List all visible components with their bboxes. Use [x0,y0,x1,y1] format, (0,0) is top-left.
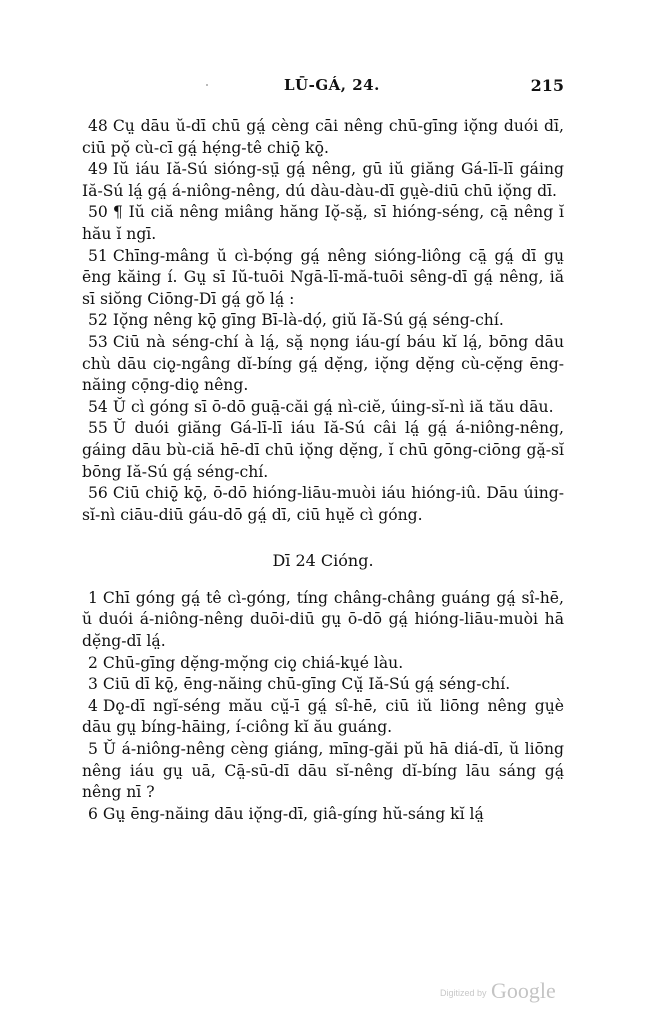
verses-chapter-24: 1Chī góng gá̤ tê cì-góng, tíng châng-châ… [82,588,564,826]
verse-text: Iǫ̆ng nêng kǭ̤ gīng Bī-là-dọ́, giŭ Iă-Sú… [113,311,504,329]
verse-number: 6 [88,805,98,823]
verse: 50¶ Iŭ ciă nêng miâng hăng Iǫ̆-să̤, sī h… [82,202,564,245]
chapter-heading: Dī 24 Cióng. [82,550,564,572]
verse-text: Ciū nà séng-chí à lá̤, să̤ nọng iáu-gí b… [82,333,564,394]
verse-number: 5 [88,740,98,758]
verse-number: 49 [88,160,108,178]
verse-number: 54 [88,398,108,416]
verse: 48Cụ̤ dāu ŭ-dī chū gá̤ cèng cāi nêng chū… [82,116,564,159]
page-number: 215 [531,76,564,95]
verse-text: Ciū chiǭ̤ kǭ̤, ō-dō hióng-liāu-muòi iáu … [82,484,564,524]
verse-number: 1 [88,589,98,607]
verse: 2Chū-gīng dẹ̆ng-mọ̆ng ciǫ̤ chiá-kụ̤é làu… [82,653,564,675]
verse: 54Ŭ cì góng sī ō-dō guā̤-căi gá̤ nì-ciĕ,… [82,397,564,419]
verse-text: Ciū dī kǭ̤, ēng-năing chū-gīng Cụ̤̆ Iă-S… [103,675,510,693]
verse-text: Gụ̤ ēng-năing dāu iǫ̆ng-dī, giâ-gíng hŭ-… [103,805,484,823]
verse-number: 48 [88,117,108,135]
google-logo: Google [491,978,556,1003]
verse-number: 56 [88,484,108,502]
verse-number: 2 [88,654,98,672]
verse-text: Chī góng gá̤ tê cì-góng, tíng châng-chân… [82,589,564,650]
verse-text: Ŭ á-niông-nêng cèng giáng, mīng-găi pŭ h… [82,740,564,801]
verse: 55Ŭ duói giăng Gá-lī-lī iáu Iă-Sú câi lá… [82,418,564,483]
verse-number: 55 [88,419,108,437]
verse-number: 50 [88,203,108,221]
verse: 51Chīng-mâng ŭ cì-bọ́ng gá̤ nêng sióng-l… [82,246,564,311]
verse: 6Gụ̤ ēng-năing dāu iǫ̆ng-dī, giâ-gíng hŭ… [82,804,564,826]
page-header: LŪ-GÁ, 24. 215 [82,76,564,96]
watermark-prefix: Digitized by [440,988,487,998]
verse: 4Dǫ̤-dī ngĭ-séng mău cụ̤̆-ī gá̤ sî-hē, c… [82,696,564,739]
verse-text: Chū-gīng dẹ̆ng-mọ̆ng ciǫ̤ chiá-kụ̤é làu. [103,654,403,672]
verse-number: 53 [88,333,108,351]
verse: 52Iǫ̆ng nêng kǭ̤ gīng Bī-là-dọ́, giŭ Iă-… [82,310,564,332]
verse: 53Ciū nà séng-chí à lá̤, să̤ nọng iáu-gí… [82,332,564,397]
verse: 49Iŭ iáu Iă-Sú sióng-sṳ̄ gá̤ nêng, gū iŭ… [82,159,564,202]
verses-chapter-23: 48Cụ̤ dāu ŭ-dī chū gá̤ cèng cāi nêng chū… [82,116,564,526]
digitized-watermark: Digitized by Google [440,978,556,1004]
verse-number: 4 [88,697,98,715]
verse-text: ¶ Iŭ ciă nêng miâng hăng Iǫ̆-să̤, sī hió… [82,203,564,243]
verse-text: Iŭ iáu Iă-Sú sióng-sṳ̄ gá̤ nêng, gū iŭ g… [82,160,564,200]
verse-number: 3 [88,675,98,693]
verse-number: 52 [88,311,108,329]
verse-number: 51 [88,247,108,265]
running-title: LŪ-GÁ, 24. [284,76,380,94]
verse: 56Ciū chiǭ̤ kǭ̤, ō-dō hióng-liāu-muòi iá… [82,483,564,526]
verse-text: Chīng-mâng ŭ cì-bọ́ng gá̤ nêng sióng-liô… [82,247,564,308]
verse-text: Ŭ duói giăng Gá-lī-lī iáu Iă-Sú câi lá̤ … [82,419,564,480]
verse-text: Cụ̤ dāu ŭ-dī chū gá̤ cèng cāi nêng chū-g… [82,117,564,157]
body-text: 48Cụ̤ dāu ŭ-dī chū gá̤ cèng cāi nêng chū… [82,116,564,825]
verse: 1Chī góng gá̤ tê cì-góng, tíng châng-châ… [82,588,564,653]
verse: 5Ŭ á-niông-nêng cèng giáng, mīng-găi pŭ … [82,739,564,804]
verse-text: Dǫ̤-dī ngĭ-séng mău cụ̤̆-ī gá̤ sî-hē, ci… [82,697,564,737]
verse: 3Ciū dī kǭ̤, ēng-năing chū-gīng Cụ̤̆ Iă-… [82,674,564,696]
verse-text: Ŭ cì góng sī ō-dō guā̤-căi gá̤ nì-ciĕ, ú… [113,398,554,416]
print-speck [206,84,208,86]
